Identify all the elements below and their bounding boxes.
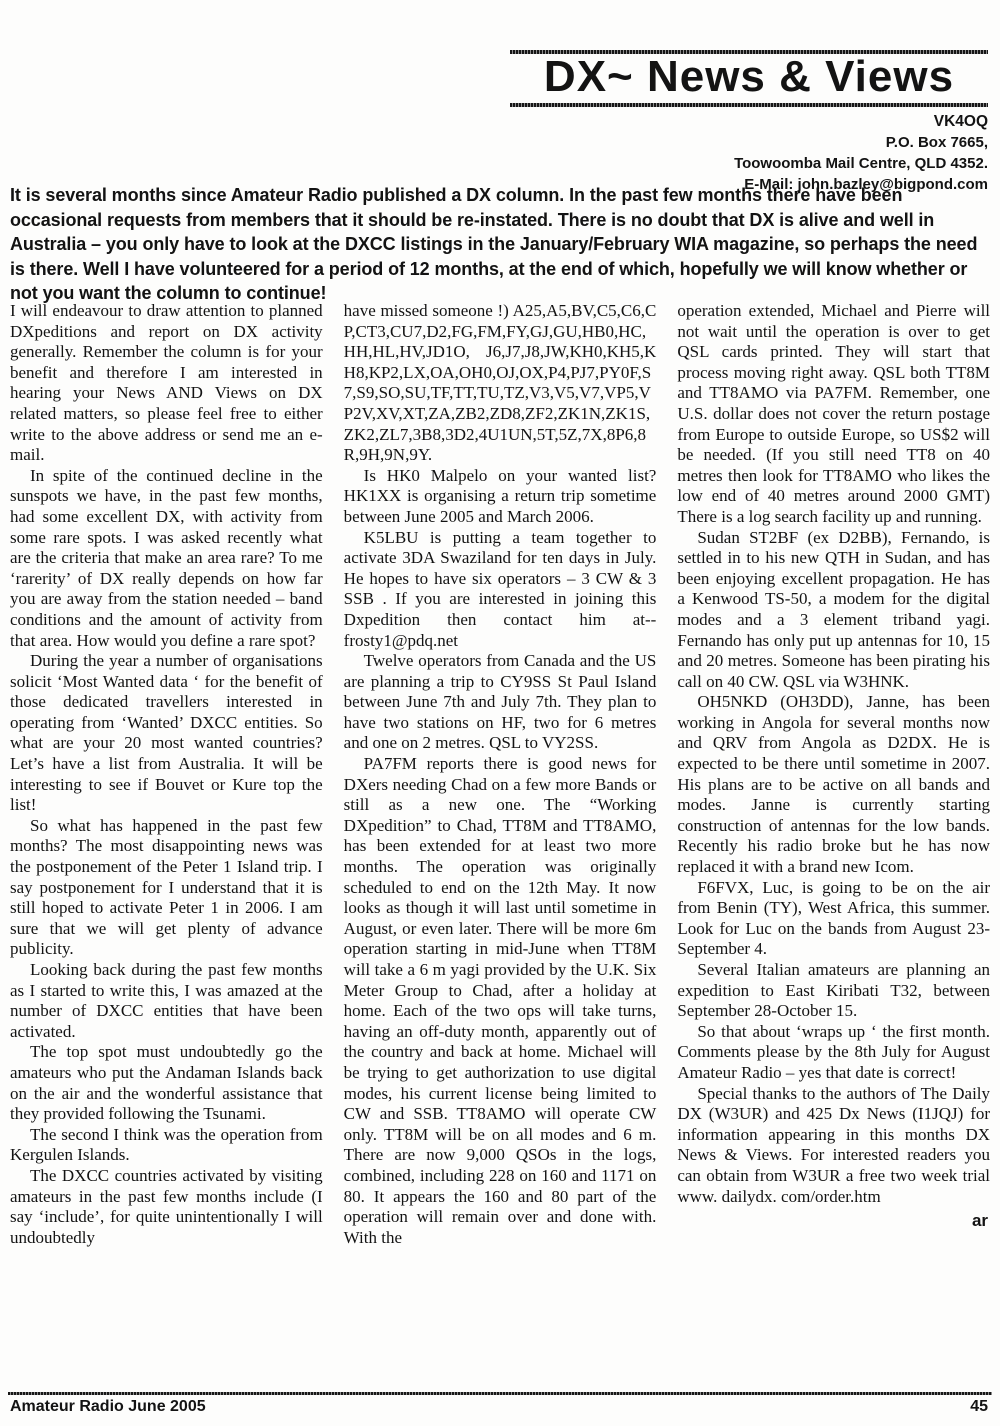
column-1-paragraphs: I will endeavour to draw attention to pl… [10, 301, 323, 1248]
paragraph: F6FVX, Luc, is going to be on the air fr… [677, 878, 990, 960]
paragraph: So what has happened in the past few mon… [10, 816, 323, 960]
end-of-article-mark: ar [677, 1211, 990, 1231]
author-callsign: VK4OQ [510, 111, 988, 132]
paragraph: The top spot must undoubtedly go the ama… [10, 1042, 323, 1124]
page-title: DX~ News & Views [510, 54, 988, 103]
page-number: 45 [970, 1398, 988, 1416]
paragraph: K5LBU is putting a team together to acti… [344, 528, 657, 652]
paragraph: Looking back during the past few months … [10, 960, 323, 1042]
paragraph: PA7FM reports there is good news for DXe… [344, 754, 657, 1248]
masthead-rule-bottom [510, 103, 988, 107]
paragraph: I will endeavour to draw attention to pl… [10, 301, 323, 466]
paragraph: In spite of the continued decline in the… [10, 466, 323, 651]
column-2-paragraphs: have missed someone !) A25,A5,BV,C5,C6,C… [344, 301, 657, 1248]
paragraph: The second I think was the operation fro… [10, 1125, 323, 1166]
column-2: have missed someone !) A25,A5,BV,C5,C6,C… [344, 301, 657, 1389]
paragraph: Sudan ST2BF (ex D2BB), Fernando, is sett… [677, 528, 990, 693]
column-3: operation extended, Michael and Pierre w… [677, 301, 990, 1389]
address-line: P.O. Box 7665, [510, 132, 988, 153]
paragraph: OH5NKD (OH3DD), Janne, has been working … [677, 692, 990, 877]
article-body: I will endeavour to draw attention to pl… [10, 301, 990, 1389]
page-footer: Amateur Radio June 2005 45 [10, 1398, 988, 1416]
paragraph: The DXCC countries activated by visiting… [10, 1166, 323, 1248]
paragraph: Twelve operators from Canada and the US … [344, 651, 657, 754]
paragraph: Is HK0 Malpelo on your wanted list? HK1X… [344, 466, 657, 528]
paragraph: So that about ‘wraps up ‘ the first mont… [677, 1022, 990, 1084]
paragraph: operation extended, Michael and Pierre w… [677, 301, 990, 528]
footer-rule [8, 1392, 992, 1395]
column-3-paragraphs: operation extended, Michael and Pierre w… [677, 301, 990, 1207]
paragraph: have missed someone !) A25,A5,BV,C5,C6,C… [344, 301, 657, 466]
address-line: Toowoomba Mail Centre, QLD 4352. [510, 153, 988, 174]
paragraph: Several Italian amateurs are planning an… [677, 960, 990, 1022]
masthead: DX~ News & Views VK4OQ P.O. Box 7665, To… [510, 50, 988, 195]
magazine-page: DX~ News & Views VK4OQ P.O. Box 7665, To… [0, 0, 1000, 1426]
paragraph: During the year a number of organisation… [10, 651, 323, 816]
paragraph: Special thanks to the authors of The Dai… [677, 1084, 990, 1208]
intro-paragraph: It is several months since Amateur Radio… [10, 183, 988, 306]
column-1: I will endeavour to draw attention to pl… [10, 301, 323, 1389]
journal-title: Amateur Radio June 2005 [10, 1398, 206, 1416]
